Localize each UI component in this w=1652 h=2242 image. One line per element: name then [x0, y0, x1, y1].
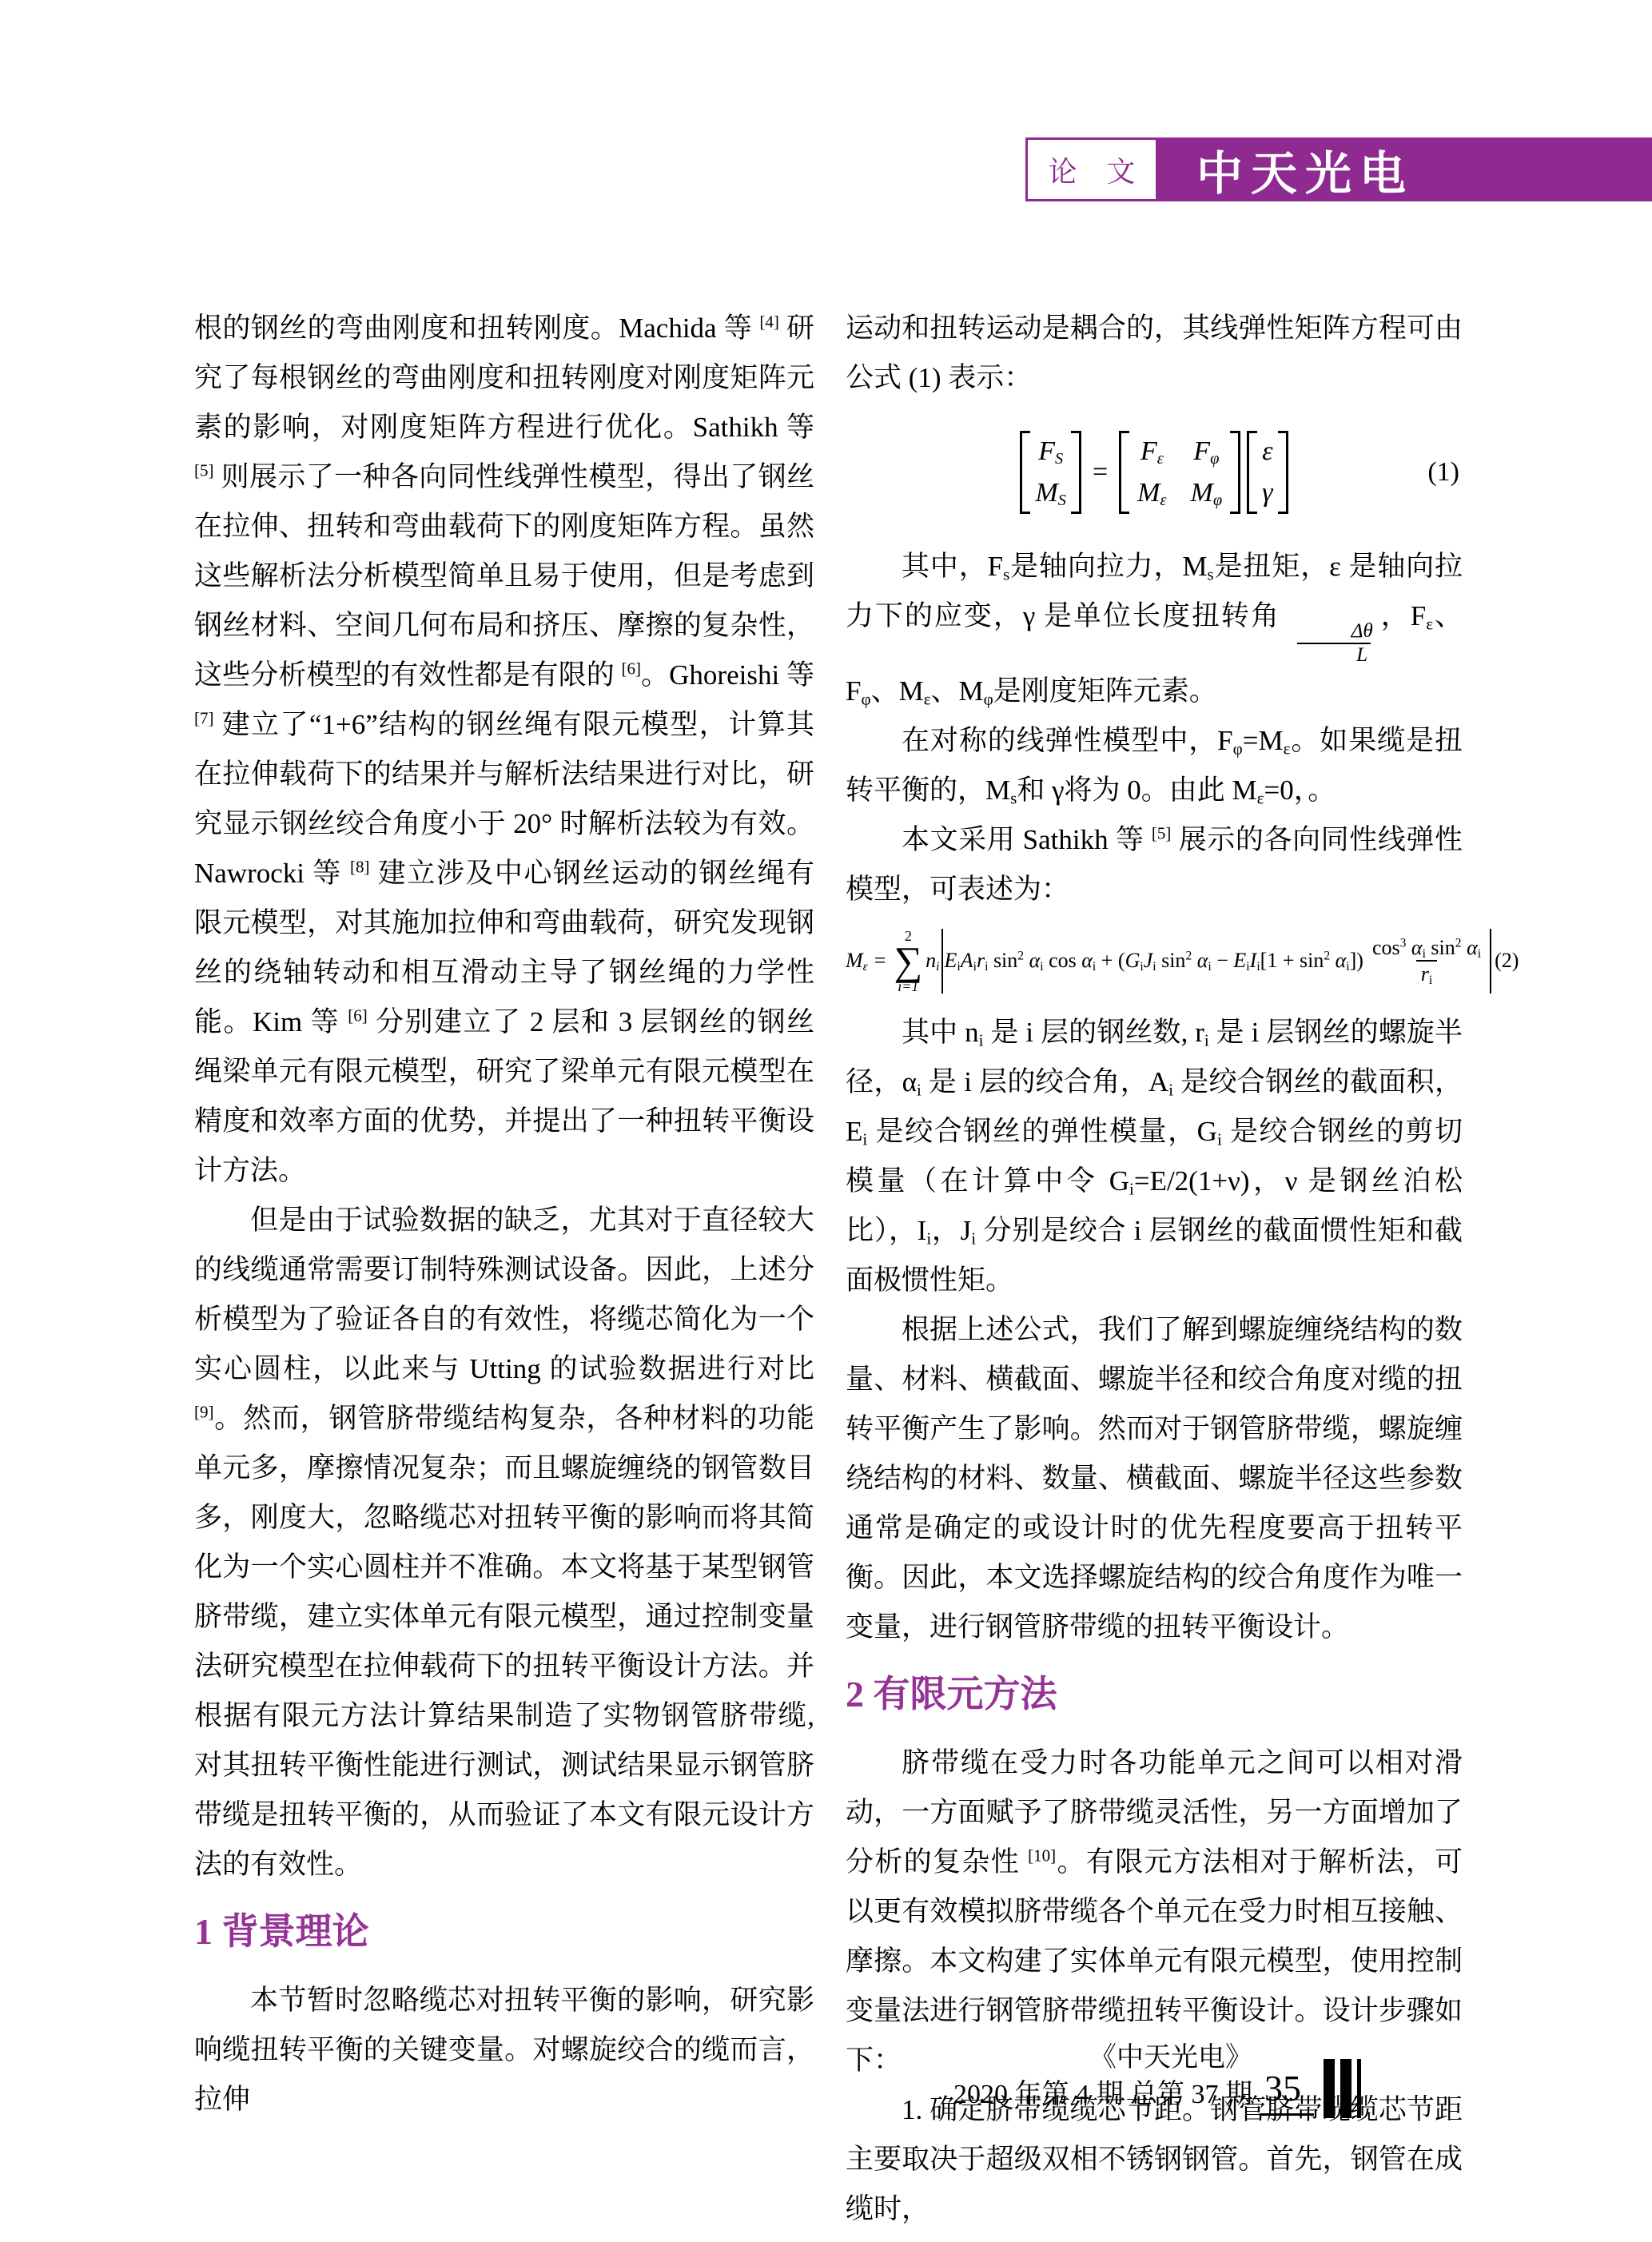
paragraph: 本节暂时忽略缆芯对扭转平衡的影响，研究影响缆扭转平衡的关键变量。对螺旋绞合的缆而…: [194, 1976, 814, 2125]
article-type-tag: 论 文: [1025, 137, 1158, 201]
paragraph: 在对称的线弹性模型中，Fφ=Mε。如果缆是扭转平衡的，Ms和 γ将为 0。由此 …: [846, 716, 1463, 815]
section-heading: 1 背景理论: [194, 1910, 814, 1953]
fraction: cos3 αi sin2 αiri: [1367, 935, 1486, 986]
bar: [1324, 2059, 1335, 2118]
article-type-label: 论 文: [1037, 149, 1146, 190]
paragraph: 脐带缆在受力时各功能单元之间可以相对滑动，一方面赋予了脐带缆灵活性，另一方面增加…: [846, 1738, 1463, 2085]
equation-label: (2): [1495, 950, 1519, 973]
paragraph: 根的钢丝的弯曲刚度和扭转刚度。Machida 等 [4] 研究了每根钢丝的弯曲刚…: [194, 304, 814, 1196]
journal-brand-logo: 中天光电: [1196, 136, 1414, 203]
left-column: 根的钢丝的弯曲刚度和扭转刚度。Machida 等 [4] 研究了每根钢丝的弯曲刚…: [194, 304, 814, 2125]
journal-brand-banner: 中天光电: [1158, 137, 1652, 201]
header-banner: 论 文 中天光电: [1025, 137, 1652, 201]
footer-issue-line: 2020 年第 4 期 总第 37 期: [953, 2077, 1252, 2113]
paragraph: 本文采用 Sathikh 等 [5] 展示的各向同性线弹性模型，可表述为：: [846, 815, 1463, 914]
paragraph: 其中 ni 是 i 层的钢丝数, ri 是 i 层钢丝的螺旋半径，αi 是 i …: [846, 1008, 1463, 1305]
paragraph: 但是由于试验数据的缺乏，尤其对于直径较大的线缆通常需要订制特殊测试设备。因此，上…: [194, 1196, 814, 1890]
page-root: { "colors": { "banner_purple": "#8E2A90"…: [0, 0, 1652, 2242]
equation-label: (1): [1427, 458, 1459, 487]
footer-journal-info: 《中天光电》 2020 年第 4 期 总第 37 期: [953, 2040, 1252, 2113]
page-number-bars: [1324, 2059, 1361, 2118]
equation-2: Mε=2∑i=1niEiAiri sin2 αi cos αi + (GiJi …: [846, 929, 1463, 994]
paragraph: 运动和扭转运动是耦合的，其线弹性矩阵方程可由公式 (1) 表示：: [846, 304, 1463, 403]
bar: [1357, 2059, 1361, 2118]
right-column: 运动和扭转运动是耦合的，其线弹性矩阵方程可由公式 (1) 表示：FSMS=FεF…: [846, 304, 1463, 2234]
summation-symbol: 2∑i=1: [894, 929, 923, 994]
equation-1: FSMS=FεFφMεMφεγ(1): [846, 412, 1463, 532]
section-heading: 2 有限元方法: [846, 1673, 1463, 1716]
inline-fraction: ΔθL: [1292, 620, 1376, 666]
page-number: 35: [1260, 2067, 1314, 2116]
footer-journal-name: 《中天光电》: [953, 2040, 1252, 2077]
bar: [1340, 2059, 1351, 2118]
paragraph: 根据上述公式，我们了解到螺旋缠绕结构的数量、材料、横截面、螺旋半径和绞合角度对缆…: [846, 1305, 1463, 1652]
paragraph: 其中，Fs是轴向拉力，Ms是扭矩，ε 是轴向拉力下的应变，γ 是单位长度扭转角 …: [846, 542, 1463, 716]
